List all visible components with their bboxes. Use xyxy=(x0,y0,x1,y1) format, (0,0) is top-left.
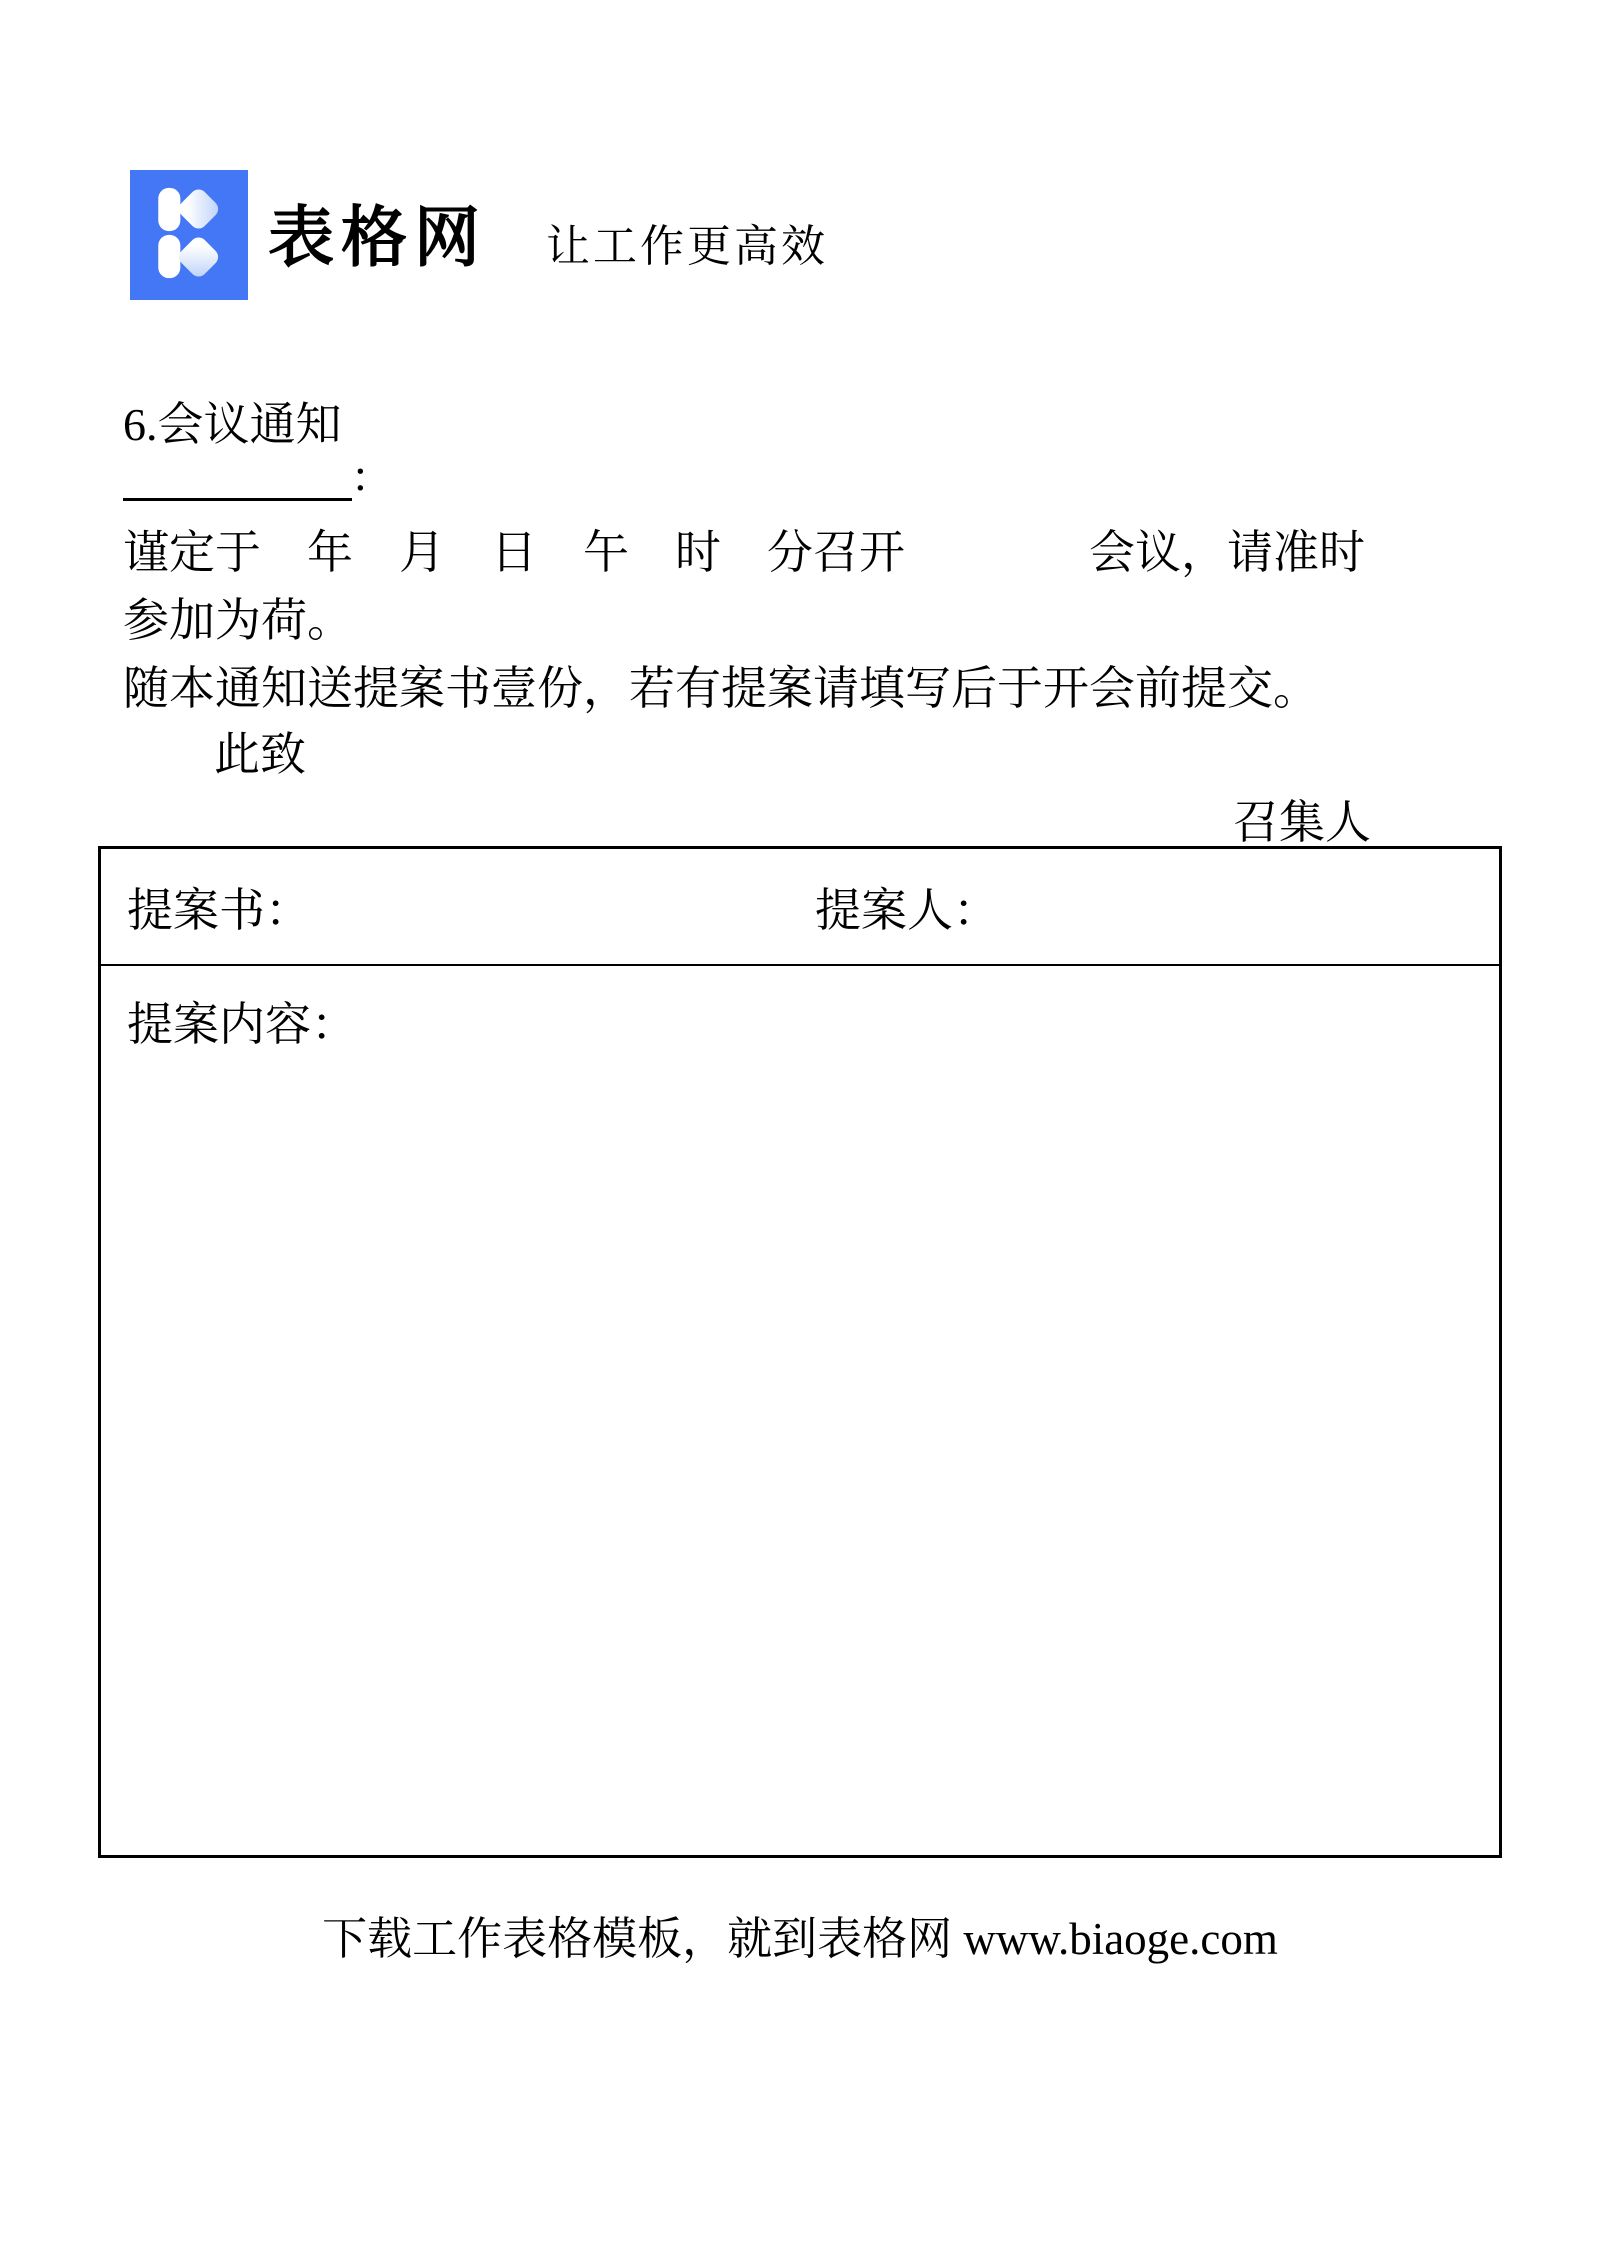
proposal-form-table: 提案书： 提案人： 提案内容： xyxy=(98,846,1502,1858)
closing-salute: 此致 xyxy=(214,718,306,784)
page-footer: 下载工作表格模板，就到表格网 www.biaoge.com xyxy=(0,1902,1600,1967)
convener-label: 召集人 xyxy=(1233,786,1371,852)
invite-line-wrap: 参加为荷。 xyxy=(123,584,353,650)
proposal-header-row: 提案书： 提案人： xyxy=(101,849,1499,966)
proposer-label: 提案人： xyxy=(815,874,999,940)
invite-line: 谨定于 年 月 日 午 时 分召开 会议，请准时 xyxy=(123,516,1365,582)
salutation-colon: : xyxy=(354,448,367,501)
proposal-doc-label: 提案书： xyxy=(127,874,311,940)
proposal-content-cell: 提案内容： xyxy=(101,966,1499,1076)
brand-tagline: 让工作更高效 xyxy=(546,210,828,274)
proposal-line: 随本通知送提案书壹份，若有提案请填写后于开会前提交。 xyxy=(123,652,1319,718)
biaoge-b-mark-icon xyxy=(141,178,237,293)
notice-title: 6.会议通知 xyxy=(123,388,342,454)
brand-logo xyxy=(130,170,248,300)
brand-name: 表格网 xyxy=(268,184,487,279)
recipient-blank-underline xyxy=(123,450,352,501)
proposal-content-label: 提案内容： xyxy=(127,999,357,1050)
salutation-line: : xyxy=(123,448,367,501)
